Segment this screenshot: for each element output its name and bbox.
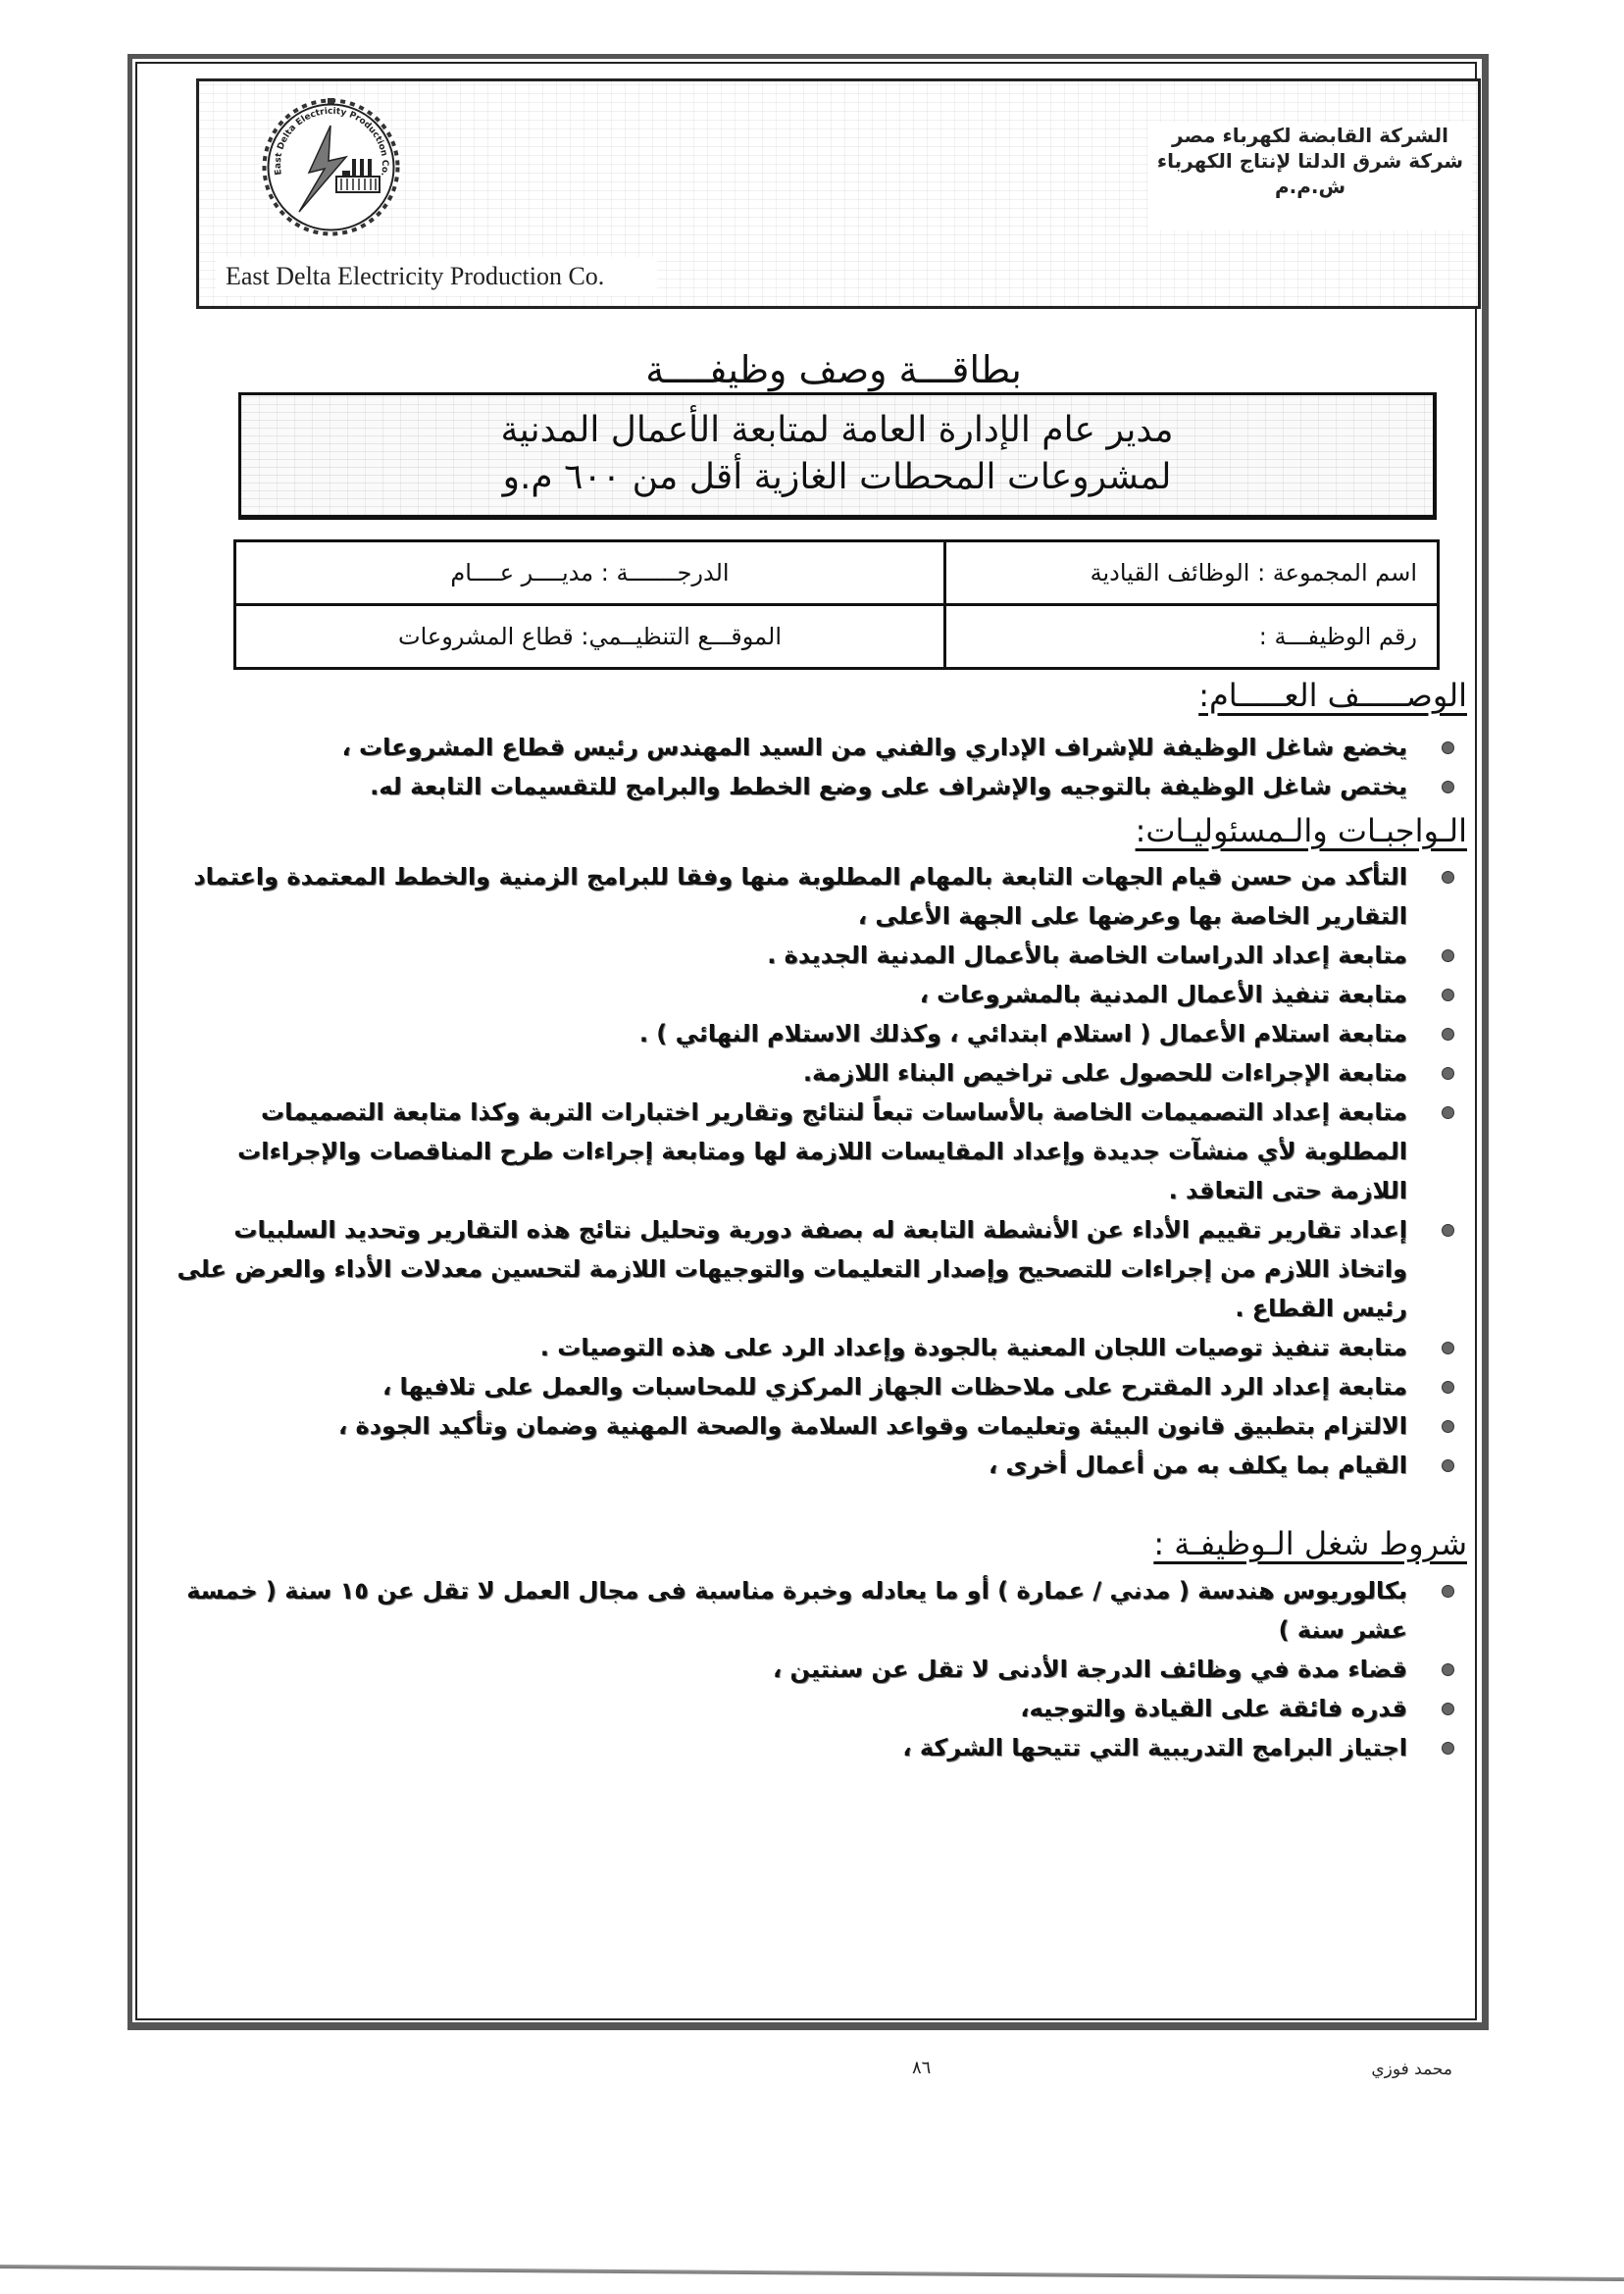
bullet-icon (1442, 1459, 1454, 1472)
list-item: إعداد تقارير تقييم الأداء عن الأنشطة الت… (157, 1210, 1476, 1328)
grade-cell: الدرجـــــــة : مديــــر عــــام (235, 541, 945, 605)
holding-company-name: الشركة القابضة لكهرباء مصر (1148, 123, 1472, 148)
bullet-icon (1442, 949, 1454, 962)
job-number-cell: رقم الوظيفـــة : (945, 605, 1439, 669)
bullet-icon (1442, 1585, 1454, 1598)
list-item: قدره فائقة على القيادة والتوجيه، (157, 1689, 1476, 1728)
bullet-icon (1442, 871, 1454, 884)
general-description-heading: الوصـــــف العـــــام: (1198, 677, 1467, 714)
requirements-list: بكالوريوس هندسة ( مدني / عمارة ) أو ما ي… (157, 1571, 1476, 1767)
author-name: محمد فوزي (1371, 2060, 1452, 2079)
job-title-line-2: لمشروعات المحطات الغازية أقل من ٦٠٠ م.و (241, 454, 1433, 501)
list-item: قضاء مدة في وظائف الدرجة الأدنى لا تقل ع… (157, 1650, 1476, 1689)
bullet-icon (1442, 781, 1454, 793)
duties-heading: الـواجبـات والـمسئوليـات: (1136, 812, 1467, 849)
list-item: القيام بما يكلف به من أعمال أخرى ، (157, 1446, 1476, 1485)
list-item: متابعة إعداد التصميمات الخاصة بالأساسات … (157, 1093, 1476, 1210)
requirements-section: بكالوريوس هندسة ( مدني / عمارة ) أو ما ي… (157, 1571, 1476, 1767)
company-logo: East Delta Electricity Production Co. (260, 96, 402, 238)
list-item: متابعة استلام الأعمال ( استلام ابتدائي ،… (157, 1014, 1476, 1053)
list-item: اجتياز البرامج التدريبية التي تتيحها الش… (157, 1728, 1476, 1767)
job-title-line-1: مدير عام الإدارة العامة لمتابعة الأعمال … (241, 407, 1433, 454)
list-item: متابعة إعداد الرد المقترح على ملاحظات ال… (157, 1367, 1476, 1406)
bullet-icon (1442, 1420, 1454, 1433)
table-row: رقم الوظيفـــة : الموقـــع التنظيــمي: ق… (235, 605, 1439, 669)
scan-artifact-line (0, 2265, 1624, 2281)
job-title-box: مدير عام الإدارة العامة لمتابعة الأعمال … (238, 392, 1437, 520)
page-number: ٨٦ (912, 2058, 931, 2078)
list-item: التأكد من حسن قيام الجهات التابعة بالمها… (157, 857, 1476, 936)
org-location-cell: الموقـــع التنظيــمي: قطاع المشروعات (235, 605, 945, 669)
job-info-table: اسم المجموعة : الوظائف القيادية الدرجـــ… (233, 539, 1440, 670)
table-row: اسم المجموعة : الوظائف القيادية الدرجـــ… (235, 541, 1439, 605)
company-name-english: East Delta Electricity Production Co. (216, 257, 657, 296)
list-item: متابعة إعداد الدراسات الخاصة بالأعمال ال… (157, 936, 1476, 975)
list-item: الالتزام بتطبيق قانون البيئة وتعليمات وق… (157, 1406, 1476, 1446)
bullet-icon (1442, 1028, 1454, 1041)
company-name-arabic: الشركة القابضة لكهرباء مصر شركة شرق الدل… (1148, 123, 1472, 230)
general-description-list: يخضع شاغل الوظيفة للإشراف الإداري والفني… (157, 728, 1476, 806)
group-name-cell: اسم المجموعة : الوظائف القيادية (945, 541, 1439, 605)
bullet-icon (1442, 989, 1454, 1001)
lightning-factory-gear-icon: East Delta Electricity Production Co. (260, 96, 402, 238)
company-type: ش.م.م (1148, 174, 1472, 199)
list-item: يختص شاغل الوظيفة بالتوجيه والإشراف على … (157, 767, 1476, 806)
bullet-icon (1442, 741, 1454, 754)
bullet-icon (1442, 1106, 1454, 1119)
bullet-icon (1442, 1663, 1454, 1676)
bullet-icon (1442, 1224, 1454, 1237)
duties-section: التأكد من حسن قيام الجهات التابعة بالمها… (157, 857, 1476, 1485)
bullet-icon (1442, 1381, 1454, 1394)
bullet-icon (1442, 1342, 1454, 1354)
list-item: متابعة الإجراءات للحصول على تراخيص البنا… (157, 1053, 1476, 1093)
bullet-icon (1442, 1067, 1454, 1080)
document-title: بطاقـــة وصف وظيفــــة (226, 348, 1442, 391)
list-item: يخضع شاغل الوظيفة للإشراف الإداري والفني… (157, 728, 1476, 767)
list-item: متابعة تنفيذ الأعمال المدنية بالمشروعات … (157, 975, 1476, 1014)
bullet-icon (1442, 1703, 1454, 1715)
general-description-section: يخضع شاغل الوظيفة للإشراف الإداري والفني… (157, 728, 1476, 806)
list-item: بكالوريوس هندسة ( مدني / عمارة ) أو ما ي… (157, 1571, 1476, 1650)
duties-list: التأكد من حسن قيام الجهات التابعة بالمها… (157, 857, 1476, 1485)
list-item: متابعة تنفيذ توصيات اللجان المعنية بالجو… (157, 1328, 1476, 1367)
bullet-icon (1442, 1742, 1454, 1755)
company-name-ar: شركة شرق الدلتا لإنتاج الكهرباء (1148, 148, 1472, 174)
requirements-heading: شروط شغل الـوظيفـة : (1153, 1525, 1467, 1562)
